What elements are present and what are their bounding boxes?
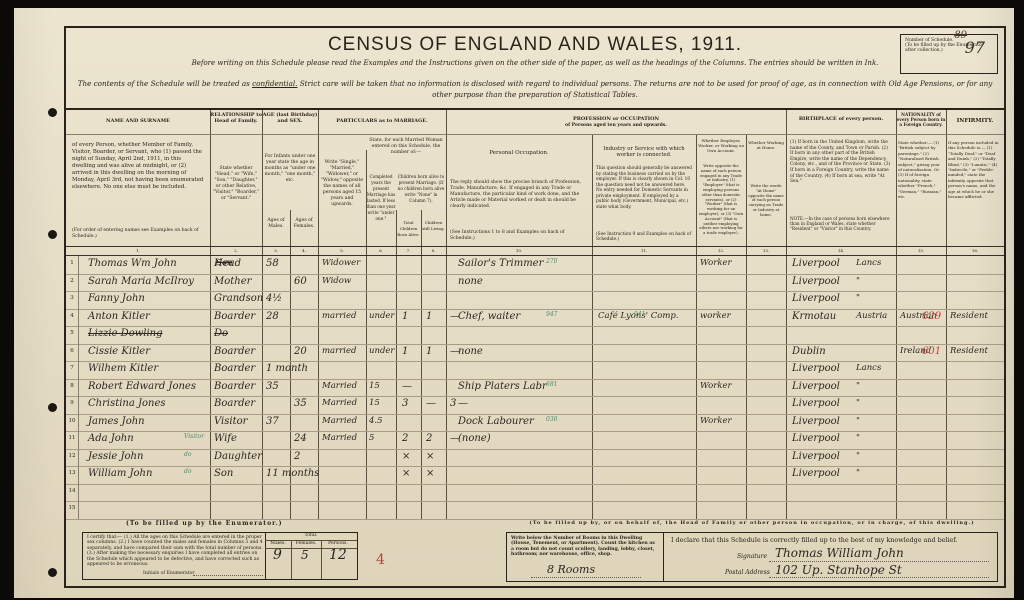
- row-number: 1: [68, 260, 76, 266]
- row-number: 12: [68, 453, 76, 459]
- col-birthplace-body: (1) If born in the United Kingdom, write…: [790, 140, 892, 185]
- col-birthplace-heading: BIRTHPLACE of every person.: [786, 116, 896, 122]
- declaration-text: I declare that this Schedule is correctl…: [671, 536, 958, 544]
- employer-cell: Worker: [700, 258, 732, 268]
- employer-cell: worker: [700, 311, 731, 321]
- signature-label: Signature: [737, 553, 767, 560]
- col-num-13: 13.: [746, 248, 786, 253]
- table-row: 14: [66, 484, 1004, 503]
- table-row: 10James JohnVisitor37Married4.5Dock Labo…: [66, 414, 1004, 433]
- col-occupation-subheading: of Persons aged ten years and upwards.: [446, 123, 786, 129]
- table-row: 12Jessie JohndoDaughter2××Liverpool": [66, 449, 1004, 468]
- name-cell: William John: [88, 468, 152, 479]
- rooms-count: 8 Rooms: [547, 563, 595, 576]
- punch-hole: [48, 403, 57, 412]
- marriage-status-cell: married: [322, 346, 356, 356]
- relationship-cell: Boarder: [214, 311, 255, 322]
- col-num-2: 2.: [210, 248, 262, 253]
- col-age-females: Ages of Females.: [290, 218, 318, 230]
- schedule-frame: CENSUS OF ENGLAND AND WALES, 1911. Befor…: [64, 26, 1006, 588]
- females-label: Females.: [291, 541, 321, 546]
- table-row: 7Wilhem KitlerBoarder1 monthLiverpoolLan…: [66, 361, 1004, 380]
- occupation-code-cell: 270: [546, 258, 557, 265]
- col-name-note: (For order of entering names see Example…: [72, 228, 206, 240]
- col-age-body: For Infants under one year state the age…: [264, 154, 316, 184]
- birthplace-note-cell: ": [856, 276, 860, 286]
- marriage-status-cell: Married: [322, 398, 357, 408]
- name-cell: Anton Kitler: [88, 311, 150, 322]
- table-row: 15: [66, 501, 1004, 520]
- table-row: 4Anton KitlerBoarder28marriedunder11—Che…: [66, 309, 1004, 328]
- punch-hole: [48, 568, 57, 577]
- col-num-12: 12.: [696, 248, 746, 253]
- relationship-cell: Daughter: [214, 451, 262, 462]
- page-title: CENSUS OF ENGLAND AND WALES, 1911.: [66, 34, 1004, 56]
- name-cell: Robert Edward Jones: [88, 381, 196, 392]
- name-cell: Cissie Kitler: [88, 346, 150, 357]
- marriage-years-cell: 4.5: [369, 416, 383, 426]
- col-marriage-children: Children born alive to present Marriage.…: [396, 174, 446, 204]
- marriage-status-cell: Married: [322, 416, 357, 426]
- relationship-cell: Wife: [214, 433, 237, 444]
- col-birthplace-note: NOTE.—In the case of persons born elsewh…: [790, 216, 892, 232]
- age-male-cell: 4½: [266, 293, 282, 304]
- relationship-cell: Boarder: [214, 381, 255, 392]
- relationship-cell: Boarder: [214, 398, 255, 409]
- confidentiality-notice: The contents of the Schedule will be tre…: [74, 78, 996, 100]
- col-industry-note: (See Instruction 9 and Examples on back …: [596, 232, 692, 242]
- children-living-cell: ×: [426, 451, 434, 462]
- age-female-cell: 35: [294, 398, 307, 409]
- col-num-14: 14.: [786, 248, 896, 253]
- col-marriage-years: Completed years the present Marriage has…: [366, 174, 396, 222]
- age-male-cell: 11 months: [266, 468, 319, 479]
- relationship-crossed-cell: Son: [216, 258, 232, 268]
- birthplace-note-cell: Lancs: [856, 363, 881, 373]
- col-marriage-heading: PARTICULARS as to MARRIAGE.: [318, 118, 446, 124]
- age-female-cell: 24: [294, 433, 307, 444]
- confidential-post: Strict care will be taken that no inform…: [300, 79, 993, 99]
- name-note-cell: do: [184, 451, 191, 458]
- household-rows: 1Thomas Wm JohnHeadSon58WidowerSailor's …: [66, 256, 1004, 520]
- punch-hole: [48, 230, 57, 239]
- birthplace-cell: Liverpool: [792, 363, 840, 374]
- birthplace-note-cell: ": [856, 381, 860, 391]
- birthplace-cell: Liverpool: [792, 416, 840, 427]
- occupation-code-cell: 681: [546, 381, 557, 388]
- birthplace-cell: Krmotau: [792, 311, 836, 322]
- census-table: NAME AND SURNAME of every Person, whethe…: [66, 108, 1004, 520]
- col-num-8: 8.: [421, 248, 446, 253]
- col-industry-body: This question should generally be answer…: [596, 166, 692, 210]
- birthplace-cell: Liverpool: [792, 293, 840, 304]
- row-number: 5: [68, 330, 76, 336]
- name-cell: Wilhem Kitler: [88, 363, 158, 374]
- name-cell: Fanny John: [88, 293, 145, 304]
- relationship-cell: Do: [214, 328, 228, 339]
- schedule-number-box: Number of Schedule. (To be filled up by …: [900, 34, 998, 74]
- confidential-word: confidential.: [252, 79, 297, 88]
- col-num-1: 1.: [66, 248, 210, 253]
- col-personal-note: (See Instructions 1 to 8 and Examples on…: [450, 230, 588, 242]
- birthplace-note-cell: Austria: [856, 311, 887, 321]
- col-occupation-heading: PROFESSION or OCCUPATION: [446, 116, 786, 122]
- head-declaration-box: Write below the Number of Rooms in this …: [506, 532, 998, 582]
- age-female-cell: 60: [294, 276, 307, 287]
- nationality-code-cell: 601: [922, 346, 941, 357]
- age-male-cell: 28: [266, 311, 279, 322]
- col-employer: Whether Employer, Worker, or Working on …: [698, 138, 744, 153]
- row-number: 7: [68, 365, 76, 371]
- row-number: 13: [68, 470, 76, 476]
- children-living-cell: —: [426, 398, 436, 409]
- schedule-number: 97: [965, 45, 985, 50]
- age-female-cell: 2: [294, 451, 300, 462]
- age-male-cell: 58: [266, 258, 279, 269]
- col-num-3: 3.: [262, 248, 290, 253]
- col-nationality-heading: NATIONALITY of every Person born in a Fo…: [896, 112, 946, 127]
- name-cell: Jessie John: [88, 451, 143, 462]
- col-infirmity-body: If any person included in this Schedule …: [948, 140, 1002, 199]
- col-name-heading: NAME AND SURNAME: [66, 118, 210, 124]
- col-home-body: Write the words "At Home" opposite the n…: [748, 184, 784, 218]
- birthplace-note-cell: ": [856, 468, 860, 478]
- children-total-cell: 2: [402, 433, 408, 444]
- occupation-code-cell: 030: [546, 416, 557, 423]
- marriage-status-cell: Widow: [322, 276, 351, 286]
- birthplace-note-cell: ": [856, 293, 860, 303]
- birthplace-note-cell: ": [856, 398, 860, 408]
- col-infirmity-heading: INFIRMITY.: [946, 118, 1004, 124]
- birthplace-cell: Dublin: [792, 346, 826, 357]
- occupation-cell: —: [458, 398, 468, 409]
- name-note-cell: do: [184, 468, 191, 475]
- occupation-cell: Chef, waiter: [458, 311, 520, 322]
- occupation-cell: none: [458, 276, 483, 287]
- name-cell: Sarah Maria McIlroy: [88, 276, 194, 287]
- row-number: 4: [68, 313, 76, 319]
- birthplace-cell: Liverpool: [792, 398, 840, 409]
- col-rel-body: State whether "Head," or "Wife," "Son," …: [212, 166, 260, 202]
- relationship-cell: Mother: [214, 276, 251, 287]
- persons-label: Persons.: [321, 541, 355, 546]
- birthplace-cell: Liverpool: [792, 258, 840, 269]
- marriage-status-cell: married: [322, 311, 356, 321]
- birthplace-cell: Liverpool: [792, 468, 840, 479]
- head-caption: (To be filled up by, or on behalf of, th…: [506, 520, 998, 526]
- col-home: Whether Working at Home.: [748, 140, 784, 150]
- row-number: 11: [68, 435, 76, 441]
- name-cell: Lizzie Dowling: [88, 328, 163, 339]
- total-females: 5: [301, 553, 309, 558]
- birthplace-cell: Liverpool: [792, 381, 840, 392]
- relationship-cell: Grandson: [214, 293, 263, 304]
- name-note-cell: Visitor: [184, 433, 204, 440]
- children-living-cell: ×: [426, 468, 434, 479]
- col-industry: Industry or Service with which worker is…: [594, 146, 694, 158]
- certify-text: I certify that:— (1.) All the ages on th…: [87, 535, 263, 567]
- marriage-years-cell: 15: [369, 398, 380, 408]
- children-died-cell: 3: [450, 398, 456, 409]
- marriage-years-cell: under: [369, 346, 394, 356]
- birthplace-note-cell: Lancs: [856, 258, 881, 268]
- table-row: 3Fanny JohnGrandson4½Liverpool": [66, 291, 1004, 310]
- col-employer-body: Write opposite the name of each person e…: [698, 164, 744, 236]
- row-number: 2: [68, 278, 76, 284]
- marriage-status-cell: Married: [322, 433, 357, 443]
- table-row: 13William JohndoSon11 months××Liverpool": [66, 466, 1004, 485]
- children-total-cell: 3: [402, 398, 408, 409]
- age-male-cell: 1 month: [266, 363, 308, 374]
- occupation-code-cell: 947: [546, 311, 557, 318]
- col-marriage-state: State, for each Married Woman entered on…: [368, 138, 444, 156]
- col-num-5: 5.: [318, 248, 366, 253]
- col-personal-body: The reply should show the precise branch…: [450, 180, 588, 210]
- enumerator-certificate: I certify that:— (1.) All the ages on th…: [82, 532, 358, 580]
- row-number: 3: [68, 295, 76, 301]
- col-name-body: of every Person, whether Member of Famil…: [72, 142, 206, 191]
- employer-cell: Worker: [700, 416, 732, 426]
- row-number: 10: [68, 418, 76, 424]
- marriage-years-cell: 15: [369, 381, 380, 391]
- col-rel-heading: RELATIONSHIP to Head of Family.: [210, 112, 262, 124]
- relationship-cell: Boarder: [214, 346, 255, 357]
- total-label: Total.: [265, 533, 357, 541]
- col-num-10: 10.: [446, 248, 592, 253]
- birthplace-cell: Liverpool: [792, 433, 840, 444]
- row-number: 6: [68, 348, 76, 354]
- infirmity-cell: Resident: [950, 346, 988, 356]
- infirmity-cell: Resident: [950, 311, 988, 321]
- initials-label: Initials of Enumerator: [143, 571, 195, 576]
- name-cell: Ada John: [88, 433, 134, 444]
- col-num-11: 11.: [592, 248, 696, 253]
- row-number: 15: [68, 505, 76, 511]
- children-living-cell: 1: [426, 346, 432, 357]
- relationship-cell: Son: [214, 468, 233, 479]
- address-label: Postal Address: [725, 569, 770, 576]
- marriage-status-cell: Widower: [322, 258, 360, 268]
- red-tally-mark: 4: [376, 552, 385, 568]
- birthplace-note-cell: ": [856, 433, 860, 443]
- signature-value: Thomas William John: [775, 546, 904, 560]
- footer-section: (To be filled up by the Enumerator.) (To…: [66, 520, 1004, 588]
- industry-code-cell: 941: [634, 311, 645, 318]
- birthplace-note-cell: ": [856, 416, 860, 426]
- table-row: 11Ada JohnVisitorWife24Married522—(none)…: [66, 431, 1004, 450]
- col-marriage-write: Write "Single," "Married," "Widower," or…: [320, 160, 364, 208]
- confidential-pre: The contents of the Schedule will be tre…: [78, 79, 250, 88]
- col-age-heading: AGE (last Birthday) and SEX.: [262, 112, 318, 124]
- nationality-code-cell: 629: [922, 311, 941, 322]
- rooms-instruction: Write below the Number of Rooms in this …: [511, 536, 659, 558]
- col-num-7: 7.: [396, 248, 421, 253]
- children-living-cell: 2: [426, 433, 432, 444]
- total-males: 9: [273, 553, 282, 558]
- children-total-cell: ×: [402, 451, 410, 462]
- age-female-cell: 20: [294, 346, 307, 357]
- occupation-cell: Sailor's Trimmer: [458, 258, 543, 269]
- col-total-children: Total Children Born Alive.: [396, 220, 421, 238]
- relationship-cell: Visitor: [214, 416, 247, 427]
- occupation-cell: Dock Labourer: [458, 416, 534, 427]
- children-living-cell: 1: [426, 311, 432, 322]
- occupation-cell: none: [458, 346, 483, 357]
- row-number: 14: [68, 488, 76, 494]
- age-male-cell: 37: [266, 416, 279, 427]
- table-row: 5Lizzie DowlingDo: [66, 326, 1004, 345]
- punch-hole: [48, 108, 57, 117]
- birthplace-cell: Liverpool: [792, 276, 840, 287]
- row-number: 8: [68, 383, 76, 389]
- birthplace-note-cell: ": [856, 451, 860, 461]
- address-value: 102 Up. Stanhope St: [775, 563, 902, 577]
- name-cell: James John: [88, 416, 145, 427]
- col-personal-occupation: Personal Occupation.: [446, 150, 592, 156]
- occupation-cell: (none): [458, 433, 491, 444]
- table-row: 6Cissie KitlerBoarder20marriedunder11—no…: [66, 344, 1004, 363]
- col-nationality-body: State whether:— (1) "British subject by …: [898, 140, 944, 199]
- marriage-years-cell: under: [369, 311, 394, 321]
- row-number: 9: [68, 400, 76, 406]
- children-total-cell: ×: [402, 468, 410, 479]
- col-num-15: 15.: [896, 248, 946, 253]
- table-row: 1Thomas Wm JohnHeadSon58WidowerSailor's …: [66, 256, 1004, 275]
- col-age-males: Ages of Males.: [262, 218, 290, 230]
- marriage-status-cell: Married: [322, 381, 357, 391]
- children-total-cell: 1: [402, 311, 408, 322]
- birthplace-cell: Liverpool: [792, 451, 840, 462]
- relationship-cell: Boarder: [214, 363, 255, 374]
- total-persons: 12: [329, 553, 347, 558]
- enumerator-caption: (To be filled up by the Enumerator.): [126, 520, 283, 527]
- ink-instruction: Before writing on this Schedule please r…: [66, 59, 1004, 67]
- col-children-living: Children still Living.: [421, 220, 446, 232]
- employer-cell: Worker: [700, 381, 732, 391]
- col-num-6: 6.: [366, 248, 396, 253]
- marriage-years-cell: 5: [369, 433, 374, 443]
- children-total-cell: —: [402, 381, 412, 392]
- table-row: 2Sarah Maria McIlroyMother60WidownoneLiv…: [66, 274, 1004, 293]
- col-num-16: 16.: [946, 248, 1004, 253]
- children-total-cell: 1: [402, 346, 408, 357]
- males-label: Males.: [265, 541, 291, 546]
- table-row: 8Robert Edward JonesBoarder35Married15—S…: [66, 379, 1004, 398]
- table-row: 9Christina JonesBoarder35Married153—3—Li…: [66, 396, 1004, 415]
- name-cell: Thomas Wm John: [88, 258, 177, 269]
- col-num-4: 4.: [290, 248, 318, 253]
- occupation-cell: Ship Platers Labr: [458, 381, 547, 392]
- age-male-cell: 35: [266, 381, 279, 392]
- name-cell: Christina Jones: [88, 398, 166, 409]
